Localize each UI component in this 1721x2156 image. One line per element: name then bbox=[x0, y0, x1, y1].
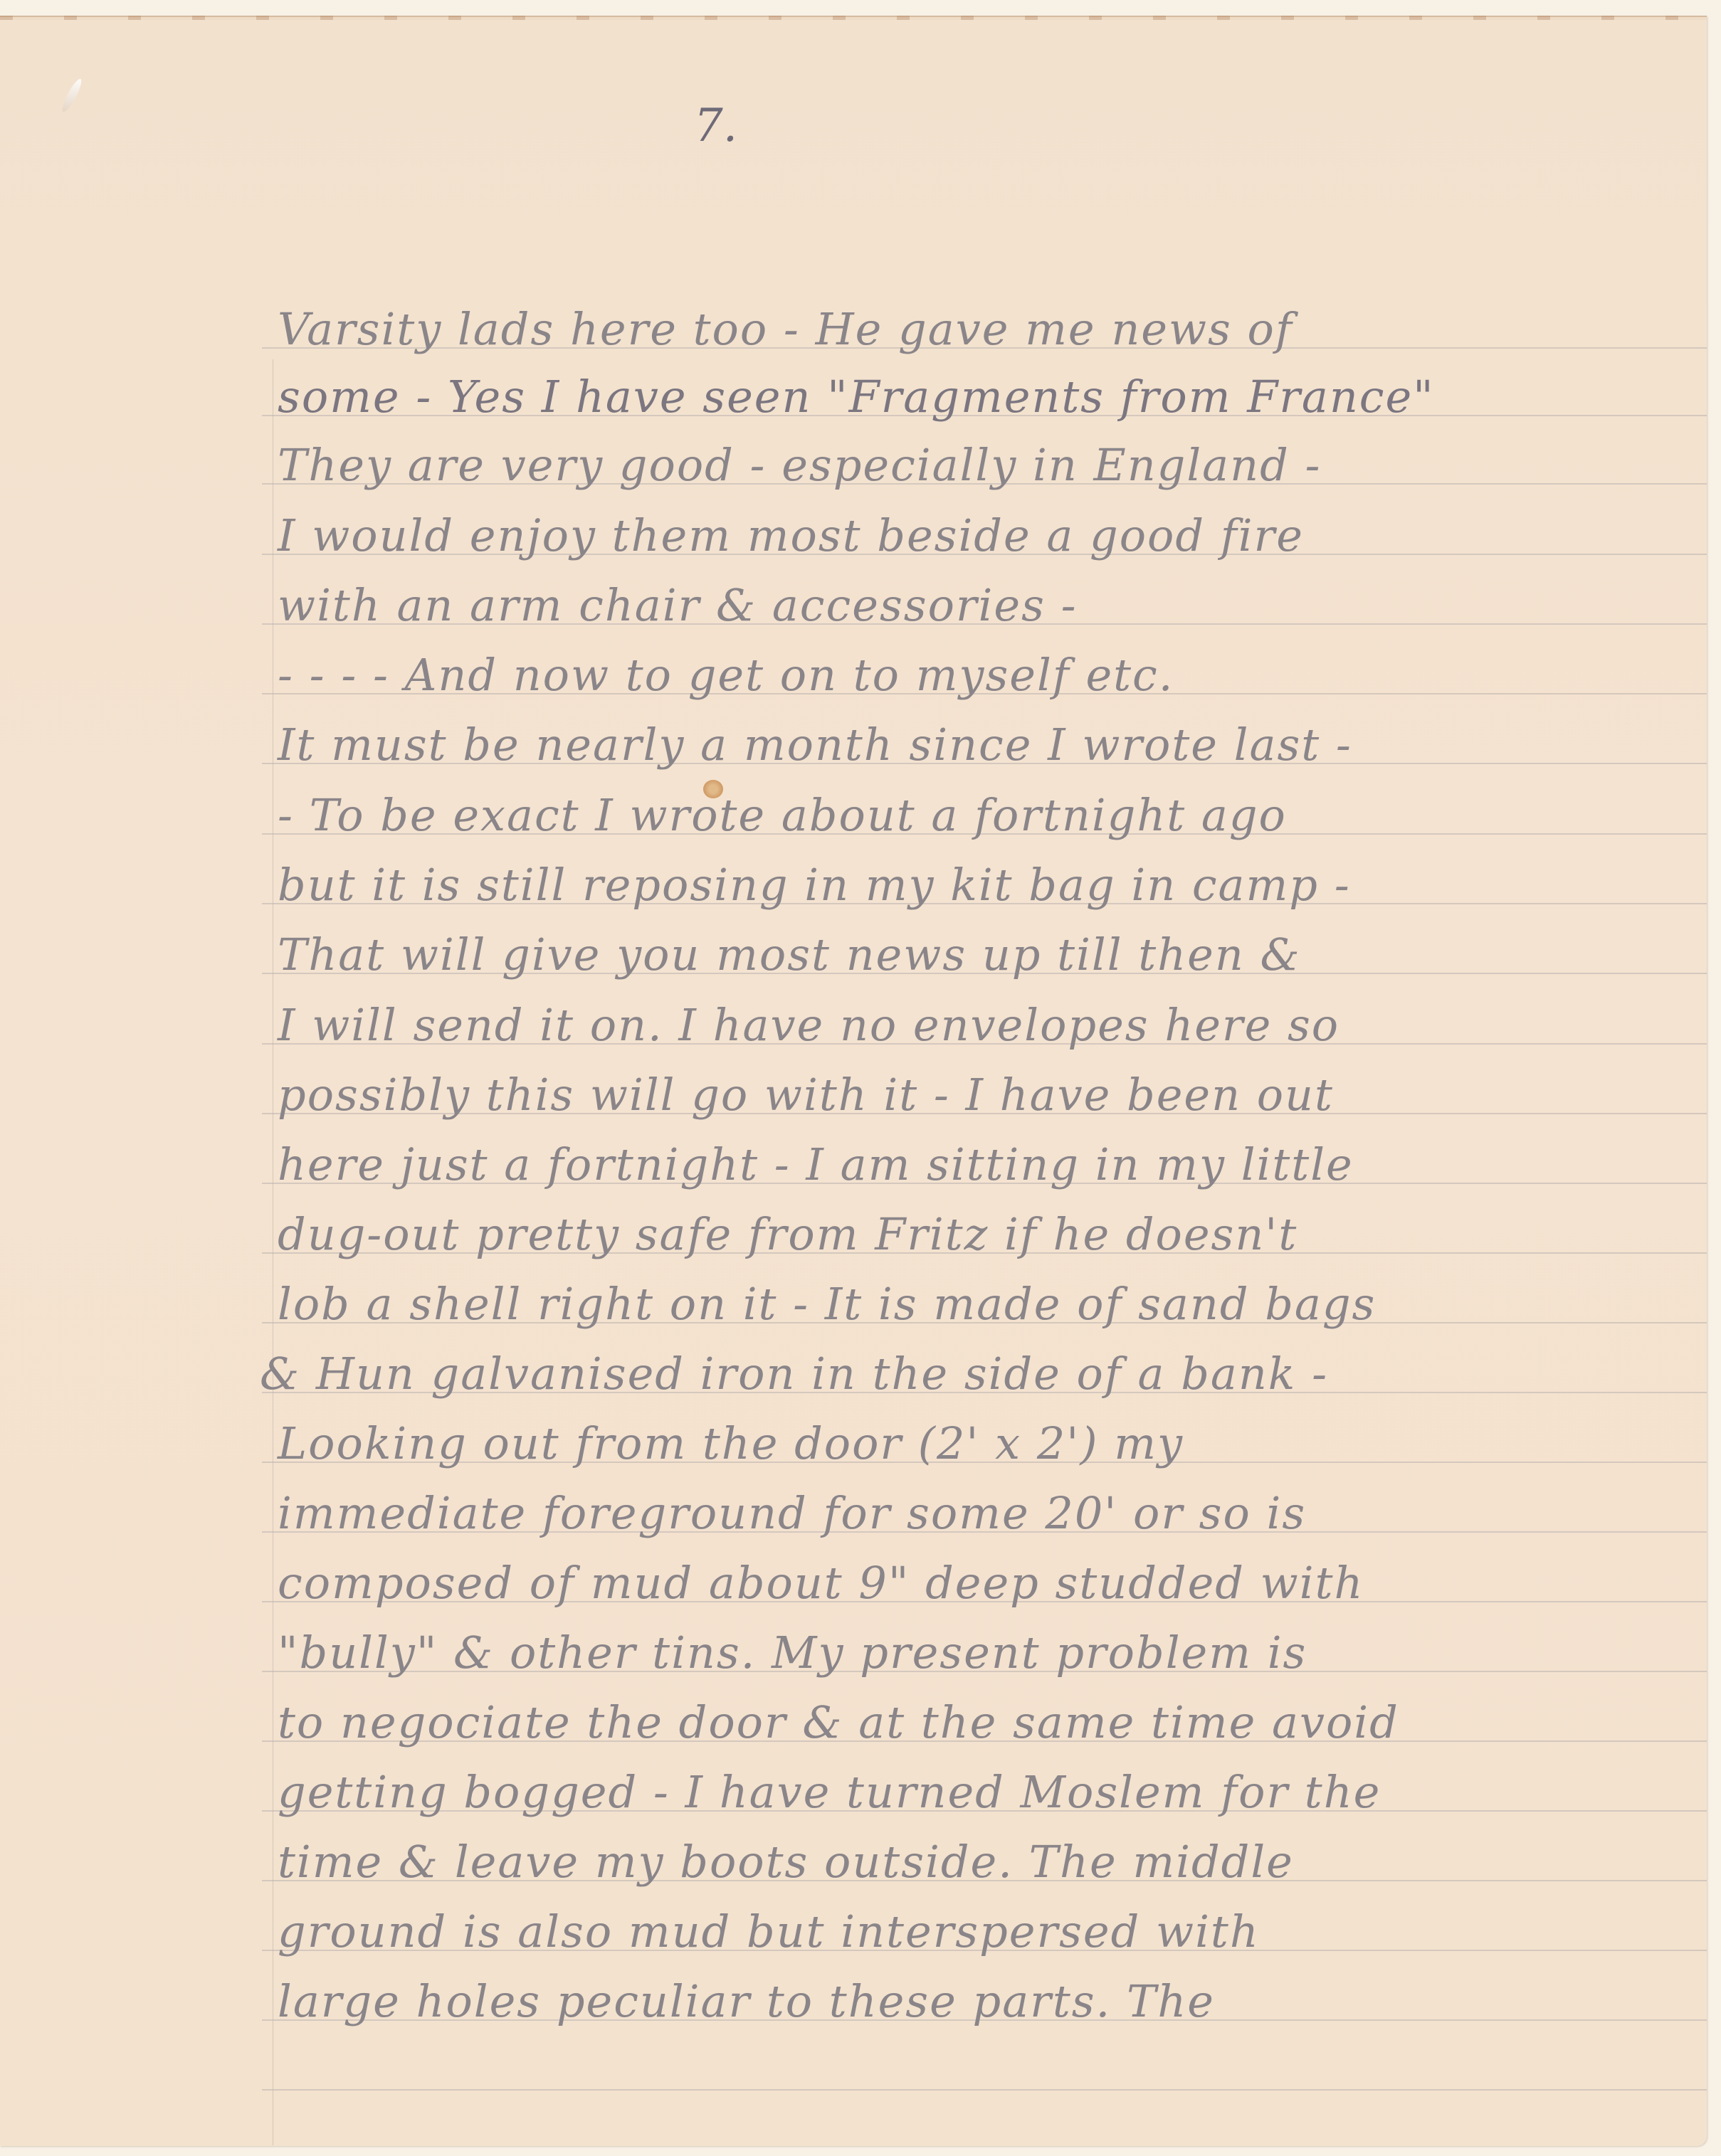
handwritten-line: That will give you most news up till the… bbox=[278, 933, 1301, 977]
handwritten-line: possibly this will go with it - I have b… bbox=[278, 1073, 1334, 1117]
handwritten-line: "bully" & other tins. My present problem… bbox=[278, 1631, 1307, 1675]
handwritten-line: to negociate the door & at the same time… bbox=[278, 1701, 1399, 1745]
ruled-line bbox=[262, 2089, 1707, 2091]
handwritten-line: Varsity lads here too - He gave me news … bbox=[278, 307, 1293, 352]
top-edge-stain bbox=[0, 16, 1707, 20]
handwritten-line: & Hun galvanised iron in the side of a b… bbox=[260, 1352, 1328, 1396]
handwritten-line: - - - - And now to get on to myself etc. bbox=[278, 653, 1174, 697]
handwritten-line: time & leave my boots outside. The middl… bbox=[278, 1840, 1294, 1884]
handwritten-line: but it is still reposing in my kit bag i… bbox=[278, 863, 1351, 907]
handwritten-line: composed of mud about 9" deep studded wi… bbox=[278, 1561, 1364, 1605]
page-number: 7. bbox=[694, 100, 737, 152]
handwritten-line: getting bogged - I have turned Moslem fo… bbox=[278, 1770, 1381, 1814]
handwritten-line: - To be exact I wrote about a fortnight … bbox=[278, 793, 1287, 837]
handwritten-line: dug-out pretty safe from Fritz if he doe… bbox=[278, 1212, 1298, 1257]
handwritten-line: Looking out from the door (2' x 2') my bbox=[278, 1422, 1184, 1466]
handwritten-line: large holes peculiar to these parts. The bbox=[278, 1980, 1215, 2024]
handwritten-line: here just a fortnight - I am sitting in … bbox=[278, 1143, 1354, 1187]
handwritten-line: immediate foreground for some 20' or so … bbox=[278, 1491, 1306, 1536]
handwritten-line: with an arm chair & accessories - bbox=[278, 583, 1078, 628]
handwritten-line: I will send it on. I have no envelopes h… bbox=[278, 1003, 1340, 1047]
handwritten-line: lob a shell right on it - It is made of … bbox=[278, 1282, 1376, 1326]
handwritten-line: ground is also mud but interspersed with bbox=[278, 1910, 1260, 1954]
handwritten-line: It must be nearly a month since I wrote … bbox=[278, 723, 1352, 767]
handwritten-line: They are very good - especially in Engla… bbox=[278, 443, 1321, 487]
handwritten-line: some - Yes I have seen "Fragments from F… bbox=[278, 375, 1435, 419]
handwritten-line: I would enjoy them most beside a good fi… bbox=[278, 514, 1304, 558]
